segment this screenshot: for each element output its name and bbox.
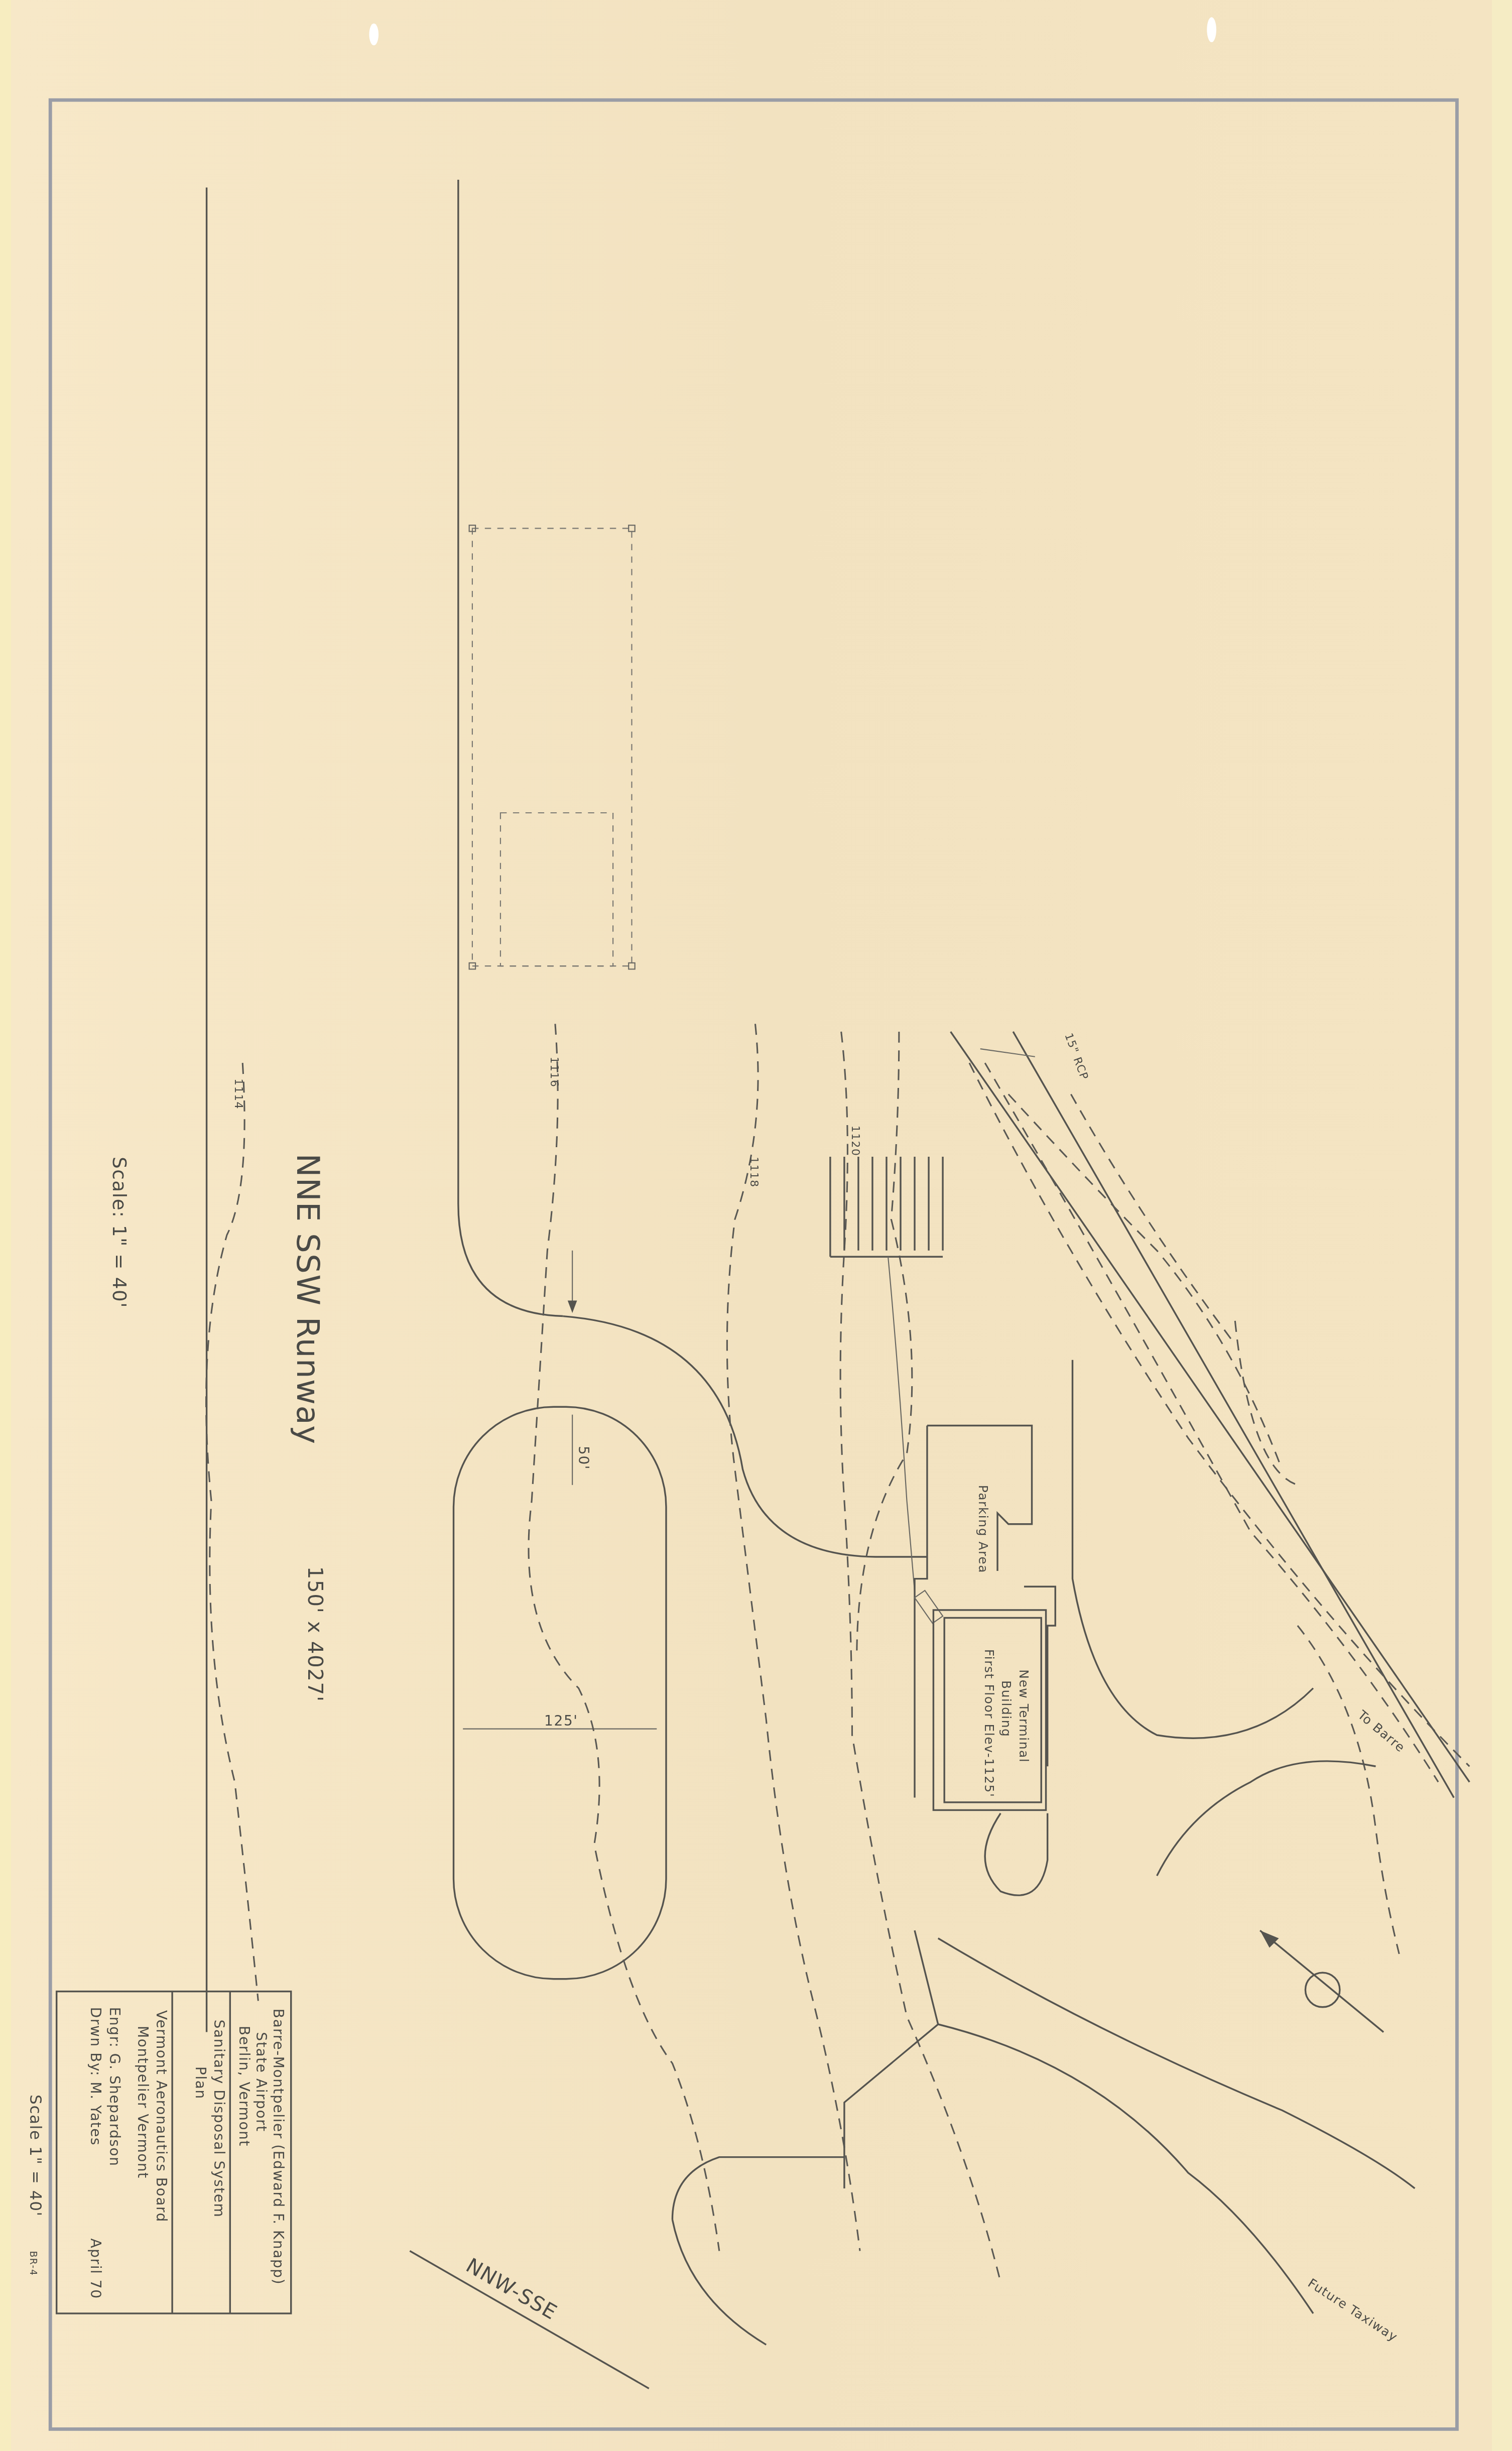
access-road [1072,1360,1313,1738]
title-project-2: State Airport [253,2032,270,2132]
title-agency-1: Vermont Aeronautics Board [153,2010,170,2223]
terminal-label-2: Building [999,1680,1014,1737]
title-block: Barre-Montpelier (Edward F. Knapp) State… [57,1992,291,2313]
contour-1120 [840,1032,1000,2282]
drawing-sheet: 50' 125' NNE SSW Runway 150' x 4027' Sca… [0,0,1512,2451]
terminal-label-1: New Terminal [1017,1669,1031,1763]
dimension-50-label: 50' [575,1446,592,1470]
contour-1132 [1071,1094,1235,1344]
loop-road [1157,1761,1376,1876]
road-edge [1013,1032,1454,1798]
apron-outline [454,1407,666,1979]
crosswind-runway-centerline [410,2251,649,2388]
future-taxiway-label: Future Taxiway [1305,2276,1401,2345]
contour-label: 1114 [232,1078,244,1110]
runway-label: NNE SSW Runway [290,1154,326,1445]
pipe-outlet [980,1049,1035,1057]
title-project-3: Berlin, Vermont [236,2026,253,2147]
contour-1116 [529,1024,719,2251]
contour-label: 1116 [548,1057,560,1088]
contour-1128 [985,1063,1438,1782]
scale-note: Scale: 1" = 40' [108,1157,131,1308]
crosswind-runway-end [672,2220,766,2345]
title-engineer: Engr: G. Shepardson [106,2007,123,2167]
dimension-125-label: 125' [544,1712,578,1729]
contour-1130 [1009,1094,1282,1469]
contour-1118 [727,1024,860,2251]
parking-area-outline [915,1426,1032,1798]
taxiway-centerline [563,1316,927,1557]
entrance-circle [985,1813,1048,1895]
punch-hole [369,24,379,46]
site-plan-drawing: 50' 125' NNE SSW Runway 150' x 4027' Sca… [0,0,1512,2451]
crosswind-runway-end [672,2157,844,2220]
runway-edge-right [458,180,563,1316]
title-project-1: Barre-Montpelier (Edward F. Knapp) [270,2009,287,2285]
runway-dimensions-label: 150' x 4027' [303,1566,327,1702]
title-drawing-1: Sanitary Disposal System [211,2020,227,2218]
north-arrow-icon [1260,1930,1383,2032]
title-agency-2: Montpelier Vermont [135,2026,151,2179]
title-date: April 70 [87,2239,104,2299]
title-drawn-by: Drwn By: M. Yates [87,2007,104,2146]
contour-1122 [857,1032,912,1657]
septic-tank [915,1590,943,1623]
sheet-number: BR-4 [28,2251,38,2276]
contour-label: 1118 [747,1157,760,1188]
future-taxiway-edge [938,1938,1415,2188]
terminal-label-3: First Floor Elev-1125' [982,1649,996,1798]
pipe-label: 15" RCP [1062,1032,1090,1082]
road-direction-label: To Barre [1355,1707,1409,1755]
contour-1130b [1235,1321,1298,1485]
contour-1114 [206,1063,259,2001]
title-drawing-2: Plan [192,2066,209,2100]
margin-scale-note: Scale 1" = 40' [26,2095,44,2217]
parking-area-label: Parking Area [976,1485,990,1573]
proposed-field-outline [469,525,635,969]
future-taxiway-edge [844,1930,1313,2313]
punch-hole [1207,17,1216,42]
contour-label: 1120 [849,1126,861,1157]
